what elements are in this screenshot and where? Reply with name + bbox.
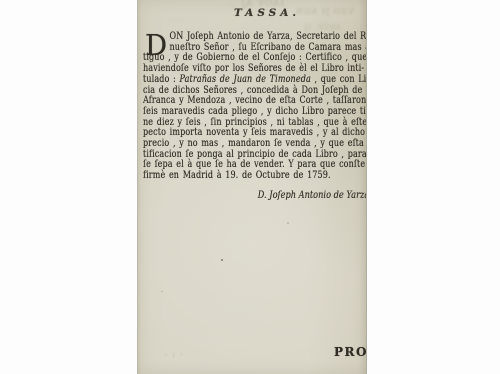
paper-speck bbox=[287, 222, 289, 224]
body-line: firmè en Madrid à 19. de Octubre de 1759… bbox=[143, 170, 367, 181]
ink-smudge: · : · bbox=[165, 351, 184, 359]
scanned-book-page: IAOV AJ ... VZO JI AON .... .. AVIV. IJ … bbox=[0, 0, 500, 374]
paper-speck bbox=[221, 259, 223, 261]
catchword: PRO- bbox=[334, 345, 367, 359]
signature-line: D. Joſeph Antonio de Yarza. bbox=[258, 190, 367, 201]
book-page: IAOV AJ ... VZO JI AON .... .. AVIV. IJ … bbox=[137, 0, 367, 374]
body-paragraph: ON Joſeph Antonio de Yarza, Secretario d… bbox=[143, 31, 367, 181]
page-title: TASSA. bbox=[167, 7, 367, 19]
page-cut-edge bbox=[366, 0, 367, 374]
page-left-edge bbox=[137, 0, 138, 374]
paper-speck bbox=[161, 291, 163, 292]
